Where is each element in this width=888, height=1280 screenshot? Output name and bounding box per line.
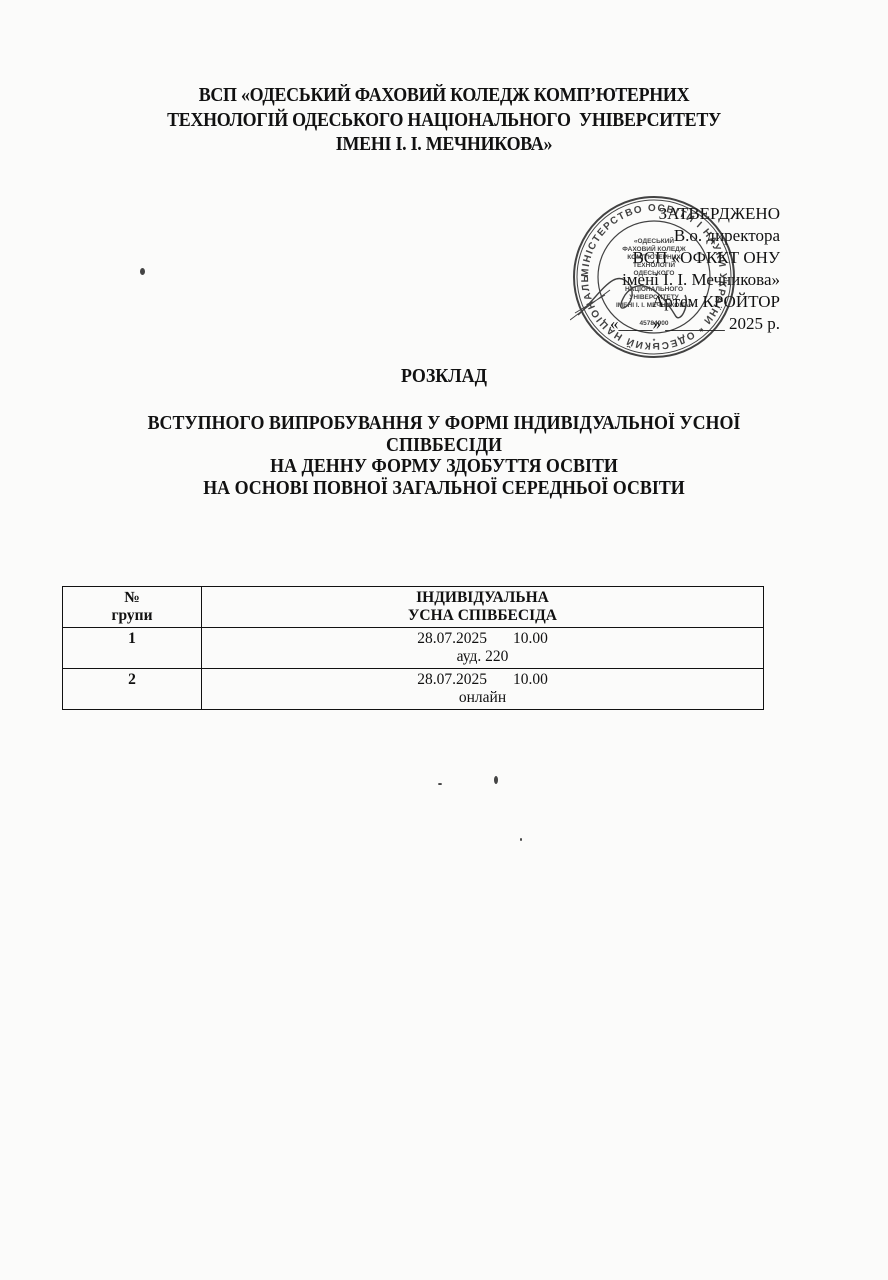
- subtitle-line: НА ДЕННУ ФОРМУ ЗДОБУТТЯ ОСВІТИ: [36, 456, 853, 478]
- location: ауд. 220: [206, 648, 759, 666]
- time: 10.00: [513, 671, 548, 688]
- svg-text:УНІВЕРСИТЕТУ: УНІВЕРСИТЕТУ: [629, 294, 679, 301]
- header-text: групи: [67, 607, 197, 625]
- header-text: №: [67, 589, 197, 607]
- header-line: ТЕХНОЛОГІЙ ОДЕСЬКОГО НАЦІОНАЛЬНОГО УНІВЕ…: [36, 109, 853, 134]
- scan-speck: [438, 783, 442, 785]
- institution-header: ВСП «ОДЕСЬКИЙ ФАХОВИЙ КОЛЕДЖ КОМП’ЮТЕРНИ…: [36, 84, 853, 158]
- table-row: 1 28.07.202510.00 ауд. 220: [63, 628, 764, 669]
- schedule-table: № групи ІНДИВІДУАЛЬНА УСНА СПІВБЕСІДА 1 …: [62, 586, 764, 710]
- document-title: РОЗКЛАД: [36, 366, 853, 388]
- scan-speck: [520, 838, 522, 841]
- svg-text:«ОДЕСЬКИЙ: «ОДЕСЬКИЙ: [634, 236, 675, 245]
- schedule-cell: 28.07.202510.00 ауд. 220: [202, 628, 764, 669]
- date: 28.07.2025: [417, 630, 487, 647]
- column-header-interview: ІНДИВІДУАЛЬНА УСНА СПІВБЕСІДА: [202, 587, 764, 628]
- header-line: ІМЕНІ І. І. МЕЧНИКОВА»: [36, 133, 853, 158]
- subtitle-line: ВСТУПНОГО ВИПРОБУВАННЯ У ФОРМІ ІНДИВІДУА…: [36, 413, 853, 435]
- document-subtitle: ВСТУПНОГО ВИПРОБУВАННЯ У ФОРМІ ІНДИВІДУА…: [36, 413, 853, 499]
- time: 10.00: [513, 630, 548, 647]
- svg-text:ФАХОВИЙ КОЛЕДЖ: ФАХОВИЙ КОЛЕДЖ: [622, 244, 686, 253]
- date: 28.07.2025: [417, 671, 487, 688]
- official-stamp-icon: МІНІСТЕРСТВО ОСВІТИ І НАУКИ УКРАЇНИ * ОД…: [570, 195, 738, 360]
- table-row: 2 28.07.202510.00 онлайн: [63, 669, 764, 710]
- svg-text:ТЕХНОЛОГІЙ: ТЕХНОЛОГІЙ: [633, 260, 675, 269]
- table-header-row: № групи ІНДИВІДУАЛЬНА УСНА СПІВБЕСІДА: [63, 587, 764, 628]
- group-number: 2: [63, 669, 202, 710]
- column-header-group: № групи: [63, 587, 202, 628]
- scan-speck: [494, 776, 498, 784]
- location: онлайн: [206, 689, 759, 707]
- svg-text:45784900: 45784900: [640, 320, 669, 327]
- header-line: ВСП «ОДЕСЬКИЙ ФАХОВИЙ КОЛЕДЖ КОМП’ЮТЕРНИ…: [36, 84, 853, 109]
- svg-text:ОДЕСЬКОГО: ОДЕСЬКОГО: [634, 270, 675, 277]
- header-text: УСНА СПІВБЕСІДА: [206, 607, 759, 625]
- subtitle-line: СПІВБЕСІДИ: [36, 435, 853, 457]
- header-text: ІНДИВІДУАЛЬНА: [206, 589, 759, 607]
- svg-text:КОМП'ЮТЕРНИХ: КОМП'ЮТЕРНИХ: [627, 254, 681, 261]
- schedule-cell: 28.07.202510.00 онлайн: [202, 669, 764, 710]
- scan-speck: [140, 268, 145, 275]
- group-number: 1: [63, 628, 202, 669]
- subtitle-line: НА ОСНОВІ ПОВНОЇ ЗАГАЛЬНОЇ СЕРЕДНЬОЇ ОСВ…: [36, 478, 853, 500]
